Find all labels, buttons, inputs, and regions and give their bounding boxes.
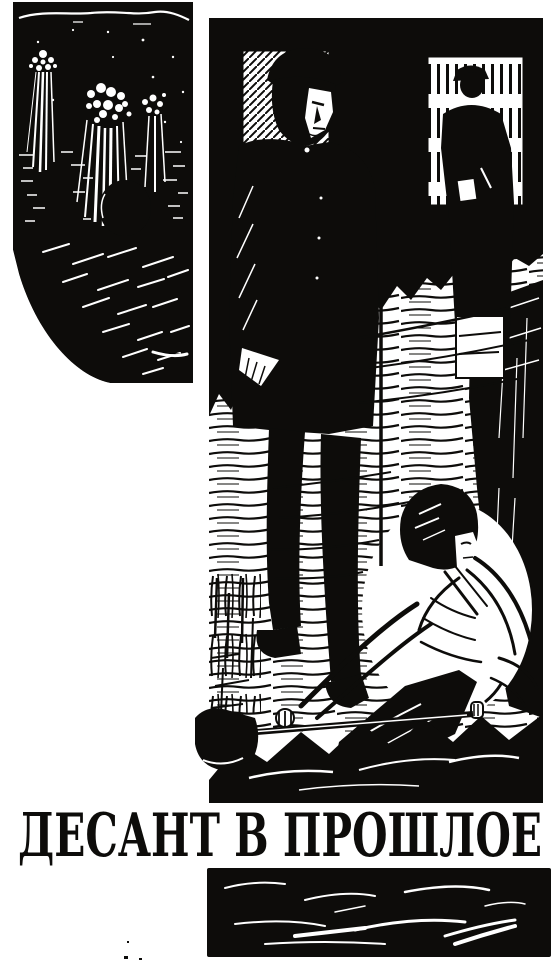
story-title: ДЕСАНТ В ПРОШЛОЕ — [0, 798, 557, 870]
story-title-text: ДЕСАНТ В ПРОШЛОЕ — [18, 801, 542, 870]
boy-left-fist — [276, 709, 294, 727]
main-illustration-canvas — [209, 18, 543, 803]
fireworks-panel-illustration — [13, 2, 193, 383]
main-illustration-panel — [209, 18, 543, 803]
ink-speck — [127, 941, 129, 943]
earth-strip-illustration — [205, 866, 553, 959]
book-page: ДЕСАНТ В ПРОШЛОЕ — [0, 0, 557, 967]
ink-speck — [124, 956, 128, 959]
dark-bush — [99, 180, 151, 236]
fireworks-panel-canvas — [13, 2, 193, 383]
grass-strokes — [209, 563, 261, 713]
soldier-torso — [229, 139, 379, 434]
earth-strip-canvas — [205, 866, 553, 959]
ink-speck — [139, 958, 142, 960]
